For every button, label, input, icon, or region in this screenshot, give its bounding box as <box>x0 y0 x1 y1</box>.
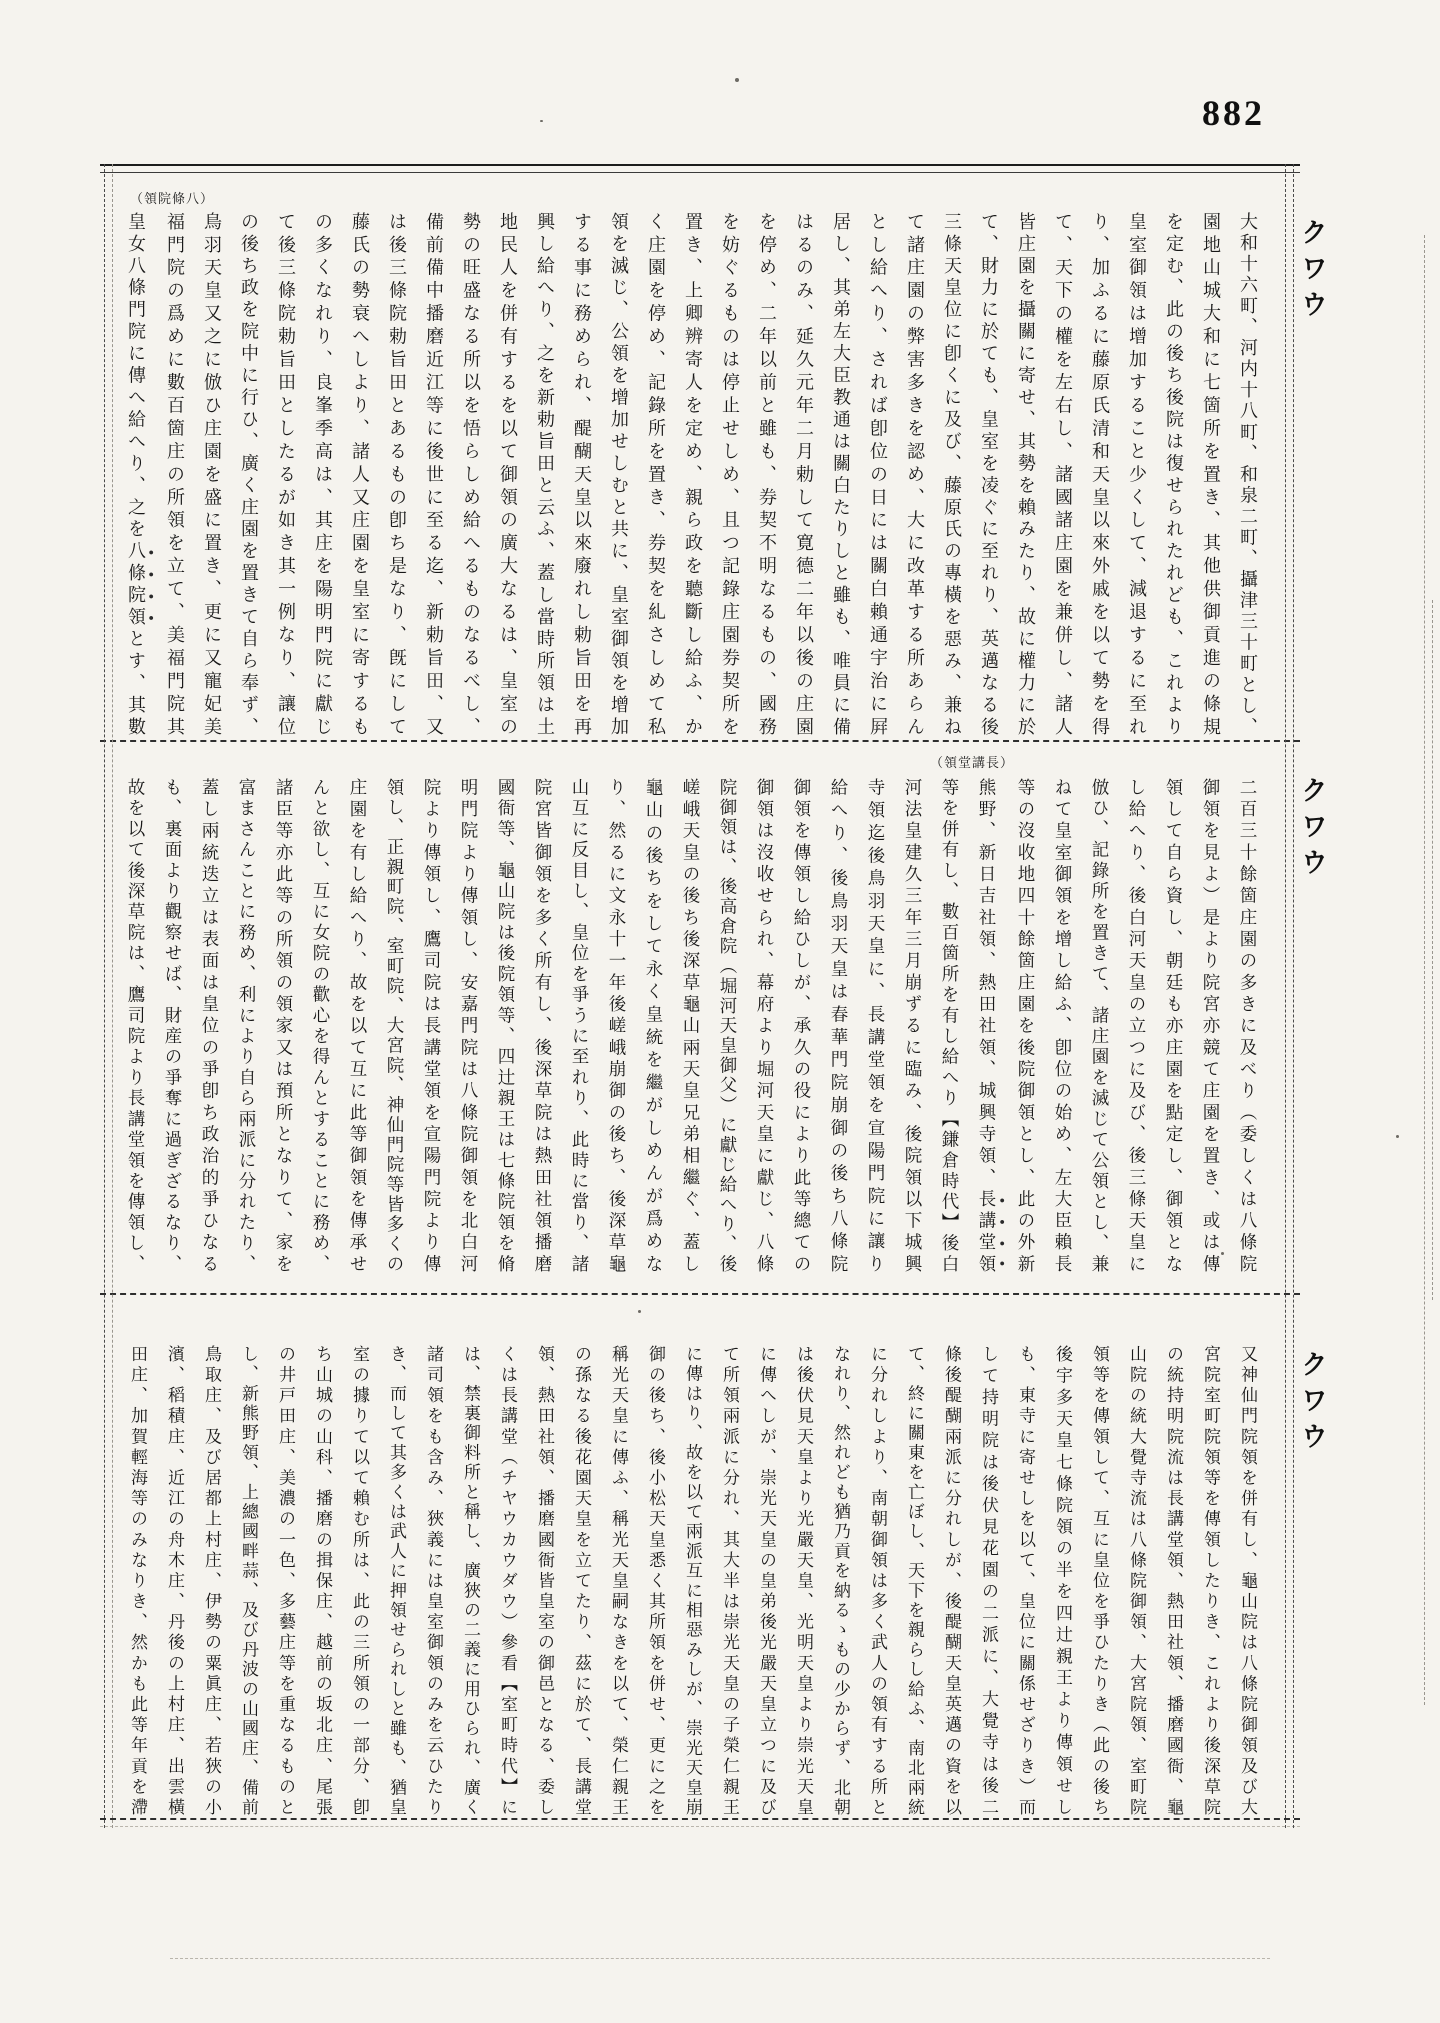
text-column: 皇室御領は增加すること少くして、減退するに至れ <box>1118 212 1155 735</box>
scanned-book-page: 882 クワウ クワウ クワウ （八條院領） （長講堂領） 大和十六町、河内十八… <box>0 0 1440 2023</box>
text-column: は後三條院勅旨田とあるもの卽ち是なり、旣にして <box>378 212 415 735</box>
text-column: 鳥取庄、及び居都上村庄、伊勢の粟眞庄、若狹の小 <box>193 1345 230 1815</box>
text-column: り、加ふるに藤原氏清和天皇以來外戚を以て勢を得 <box>1081 212 1118 735</box>
text-column: に傳へしが、崇光天皇の皇弟後光嚴天皇立つに及び <box>748 1345 785 1815</box>
bottom-rule-outer <box>100 1818 1300 1820</box>
text-column: 又神仙門院領を併有し、龜山院は八條院御領及び大 <box>1229 1345 1266 1815</box>
top-rule-outer <box>100 164 1300 166</box>
text-column: 田庄、加賀輕海等のみなりき、然かも此等年貢を滯 <box>119 1345 156 1815</box>
text-column: んと欲し、互に女院の歡心を得んとすることに務め、 <box>302 778 339 1272</box>
text-column: 皇女八條門院に傳へ給へり、之を八條院領とす、其數 <box>117 212 156 735</box>
page-edge-shadow-line <box>170 1958 1270 1959</box>
text-column: 領して自ら資し、朝廷も亦庄園を點定し、御領とな <box>1155 778 1192 1272</box>
right-border-line-inner <box>1285 164 1286 1828</box>
text-column: 室の據りて以て賴む所は、此の三所領の一部分、卽 <box>341 1345 378 1815</box>
text-column: 地民人を併有するを以て御領の廣大なるは、皇室の <box>489 212 526 735</box>
text-column: 諸司領をも含み、狹義には皇室御領のみを云ひたり <box>415 1345 452 1815</box>
text-band-2: 二百三十餘箇庄園の多きに及べり（委しくは八條院御領を見よ）是より院宮亦競て庄園を… <box>118 778 1266 1272</box>
text-column: 藤氏の勢衰へしより、諸人又庄園を皇室に寄するも <box>341 212 378 735</box>
text-column: 大和十六町、河内十八町、和泉二町、攝津三十町とし、 <box>1229 212 1266 735</box>
text-column: 庄園を有し給へり、故を以て互に此等御領を傳承せ <box>339 778 376 1272</box>
text-column: の井戸田庄、美濃の一色、多藝庄等を重なるものと <box>267 1345 304 1815</box>
page-number: 882 <box>1202 92 1265 134</box>
text-column: は後伏見天皇より光嚴天皇、光明天皇より崇光天皇 <box>785 1345 822 1815</box>
text-column: て所領兩派に分れ、其大半は崇光天皇の子榮仁親王 <box>711 1345 748 1815</box>
text-column: 後宇多天皇七條院領の半を四辻親王より傳領せし <box>1044 1345 1081 1815</box>
text-column: 倣ひ、記錄所を置きて、諸庄園を滅じて公領とし、兼 <box>1081 778 1118 1272</box>
text-column: に傳はり、故を以て兩派互に相惡みしが、崇光天皇崩 <box>674 1345 711 1815</box>
band2-band3-separator-rule <box>100 1293 1300 1295</box>
text-column: 明門院より傳領し、安嘉門院は八條院御領を北白河 <box>450 778 487 1272</box>
marginal-note-hachijoin-ryo: （八條院領） <box>130 188 214 207</box>
text-column: 御領を見よ）是より院宮亦競て庄園を置き、或は傳 <box>1192 778 1229 1272</box>
text-column: を停め、二年以前と雖も、券契不明なるもの、國務 <box>748 212 785 735</box>
text-column: て諸庄園の弊害多きを認め、大に改革する所あらん <box>896 212 933 735</box>
text-column: は、禁裏御料所と稱し、廣狹の二義に用ひられ、廣く <box>452 1345 489 1815</box>
text-column: に分れしより、南朝御領は多く武人の領有する所と <box>859 1345 896 1815</box>
page-edge-line-2 <box>1432 600 1433 1300</box>
text-column: 國衙等、龜山院は後院領等、四辻親王は七條院領を脩 <box>487 778 524 1272</box>
scan-speckle <box>638 1310 641 1313</box>
scan-speckle <box>1396 1135 1399 1138</box>
running-title-kwau-band2: クワウ <box>1298 776 1332 884</box>
text-column: 備前備中播磨近江等に後世に至る迄、新勅旨田、又 <box>415 212 452 735</box>
running-title-kwau-band1: クワウ <box>1298 218 1332 326</box>
left-border-line <box>104 164 105 1828</box>
scan-speckle <box>540 120 543 122</box>
text-column: 等を併有し、數百箇所を有し給へり【鎌倉時代】後白 <box>931 778 968 1272</box>
text-column: 領等を傳領して、互に皇位を爭ひたりき（此の後ち <box>1081 1345 1118 1815</box>
text-column: し給へり、後白河天皇の立つに及び、後三條天皇に <box>1118 778 1155 1272</box>
text-column: 宮院室町院領等を傳領したりき、これより後深草院 <box>1192 1345 1229 1815</box>
text-column: り、然るに文永十一年後嵯峨崩御の後ち、後深草龜 <box>598 778 635 1272</box>
text-column: 御の後ち、後小松天皇悉く其所領を併せ、更に之を <box>637 1345 674 1815</box>
text-column: 三條天皇位に卽くに及び、藤原氏の專橫を惡み、兼ね <box>933 212 970 735</box>
running-title-kwau-band3: クワウ <box>1298 1350 1332 1458</box>
text-column: の多くなれり、良峯季高は、其庄を陽明門院に獻じ <box>304 212 341 735</box>
text-column: 故を以て後深草院は、鷹司院より長講堂領を傳領し、 <box>117 778 154 1272</box>
scan-speckle <box>735 78 739 82</box>
text-column: き、而して其多くは武人に押領せられしと雖も、猶皇 <box>378 1345 415 1815</box>
text-column: くは長講堂（チヤウカウダウ）參看【室町時代】に <box>489 1345 526 1815</box>
text-column: 山互に反目し、皇位を爭うに至れり、此時に當り、諸 <box>561 778 598 1272</box>
text-column: て後三條院勅旨田としたるが如き其一例なり、讓位 <box>267 212 304 735</box>
text-column: 御領は沒收せられ、幕府より堀河天皇に獻じ、八條 <box>746 778 783 1272</box>
text-column: 嵯峨天皇の後ち後深草龜山兩天皇兄弟相繼ぐ、蓋し <box>672 778 709 1272</box>
right-border-line-outer <box>1293 164 1294 1828</box>
text-column: 等の沒收地四十餘箇庄園を後院御領とし、此の外新 <box>1007 778 1044 1272</box>
text-column: 御領を傳領し給ひしが、承久の役により此等總ての <box>783 778 820 1272</box>
text-column: ち山城の山科、播磨の揖保庄、越前の坂北庄、尾張 <box>304 1345 341 1815</box>
text-column: 勢の旺盛なる所以を悟らしめ給へるものなるべし、 <box>452 212 489 735</box>
text-column: し、新熊野領、上總國畔蒜、及び丹波の山國庄、備前 <box>230 1345 267 1815</box>
text-column: 鳥羽天皇又之に倣ひ庄園を盛に置き、更に又寵妃美 <box>193 212 230 735</box>
text-column: く庄園を停め、記錄所を置き、券契を糺さしめて私 <box>637 212 674 735</box>
text-band-3: 又神仙門院領を併有し、龜山院は八條院御領及び大宮院室町院領等を傳領したりき、これ… <box>118 1345 1266 1815</box>
text-column: も、東寺に寄せしを以て、皇位に關係せざりき）而 <box>1007 1345 1044 1815</box>
text-column: 院より傳領し、鷹司院は長講堂領を宣陽門院より傳 <box>413 778 450 1272</box>
text-column: 領を滅じ、公領を增加せしむと共に、皇室御領を增加 <box>600 212 637 735</box>
text-band-1: 大和十六町、河内十八町、和泉二町、攝津三十町とし、園地山城大和に七箇所を置き、其… <box>118 212 1266 735</box>
text-column: 領、熱田社領、播磨國衙皆皇室の御邑となる、委し <box>526 1345 563 1815</box>
text-column: する事に務められ、醍醐天皇以來廢れし勅旨田を再 <box>563 212 600 735</box>
text-column: 福門院の爲めに數百箇庄の所領を立て、美福門院其 <box>156 212 193 735</box>
text-column: 熊野、新日吉社領、熱田社領、城興寺領、長講堂領 <box>968 778 1007 1272</box>
text-column: とし給へり、されば卽位の日には關白賴通宇治に屛 <box>859 212 896 735</box>
text-column: 條後醍醐兩派に分れしが、後醍醐天皇英邁の資を以 <box>933 1345 970 1815</box>
text-column: て、財力に於ても、皇室を凌ぐに至れり、英邁なる後 <box>970 212 1007 735</box>
text-column: 諸臣等亦此等の所領の領家又は預所となりて、家を <box>265 778 302 1272</box>
top-rule-inner <box>100 172 1300 173</box>
text-column: 稱光天皇に傳ふ、稱光天皇嗣なきを以て、榮仁親王 <box>600 1345 637 1815</box>
band1-band2-separator-rule <box>100 740 1300 742</box>
marginal-note-chokodo-ryo: （長講堂領） <box>930 752 1014 771</box>
left-border-line-inner <box>112 164 113 1828</box>
text-column: を妨ぐるものは停止せしめ、且つ記錄庄園券契所を <box>711 212 748 735</box>
bottom-rule-inner <box>100 1826 1300 1827</box>
text-column: 龜山の後ちをして永く皇統を繼がしめんが爲めな <box>635 778 672 1272</box>
text-column: 河法皇建久三年三月崩ずるに臨み、後院領以下城興 <box>894 778 931 1272</box>
text-column: 濱、稻積庄、近江の舟木庄、丹後の上村庄、出雲橫 <box>156 1345 193 1815</box>
text-column: て、天下の權を左右し、諸國諸庄園を兼併し、諸人 <box>1044 212 1081 735</box>
text-column: の後ち政を院中に行ひ、廣く庄園を置きて自ら奉ず、 <box>230 212 267 735</box>
text-column: ねて皇室御領を增し給ふ、卽位の始め、左大臣賴長 <box>1044 778 1081 1272</box>
text-column: 園地山城大和に七箇所を置き、其他供御貢進の條規 <box>1192 212 1229 735</box>
text-column: 寺領迄後鳥羽天皇に、長講堂領を宣陽門院に讓り <box>857 778 894 1272</box>
text-column: 居し、其弟左大臣教通は關白たりしと雖も、唯員に備 <box>822 212 859 735</box>
text-column: の統持明院流は長講堂領、熱田社領、播磨國衙、龜 <box>1155 1345 1192 1815</box>
text-column: して持明院は後伏見花園の二派に、大覺寺は後二 <box>970 1345 1007 1815</box>
text-column: も、裏面より觀察せば、財産の爭奪に過ぎざるなり、 <box>154 778 191 1272</box>
text-column: 給へり、後鳥羽天皇は春華門院崩御の後ち八條院 <box>820 778 857 1272</box>
text-column: 院宮皆御領を多く所有し、後深草院は熱田社領播磨 <box>524 778 561 1272</box>
text-column: の孫なる後花園天皇を立てたり、茲に於て、長講堂 <box>563 1345 600 1815</box>
text-column: 院御領は、後高倉院（堀河天皇御父）に獻じ給へり、後 <box>709 778 746 1272</box>
text-column: 皆庄園を攝關に寄せ、其勢を賴みたり、故に權力に於 <box>1007 212 1044 735</box>
text-column: 置き、上卿辨寄人を定め、親ら政を聽斷し給ふ、か <box>674 212 711 735</box>
text-column: て、終に關東を亡ぼし、天下を親らし給ふ、南北兩統 <box>896 1345 933 1815</box>
text-column: を定む、此の後ち後院は復せられたれども、これより <box>1155 212 1192 735</box>
text-column: 蓋し兩統迭立は表面は皇位の爭卽ち政治的爭ひなる <box>191 778 228 1272</box>
text-column: 山院の統大覺寺流は八條院御領、大宮院領、室町院 <box>1118 1345 1155 1815</box>
text-column: 興し給へり、之を新勅旨田と云ふ、蓋し當時所領は土 <box>526 212 563 735</box>
page-edge-line <box>1424 235 1425 1705</box>
text-column: 富まさんことに務め、利により自ら兩派に分れたり、 <box>228 778 265 1272</box>
text-column: 二百三十餘箇庄園の多きに及べり（委しくは八條院 <box>1229 778 1266 1272</box>
scan-speckle <box>1221 1252 1224 1255</box>
text-column: 領し、正親町院、室町院、大宮院、神仙門院等皆多くの <box>376 778 413 1272</box>
text-column: はるのみ、延久元年二月勅して寛德二年以後の庄園 <box>785 212 822 735</box>
text-column: なれり、然れども猶乃貢を納るゝもの少からず、北朝 <box>822 1345 859 1815</box>
